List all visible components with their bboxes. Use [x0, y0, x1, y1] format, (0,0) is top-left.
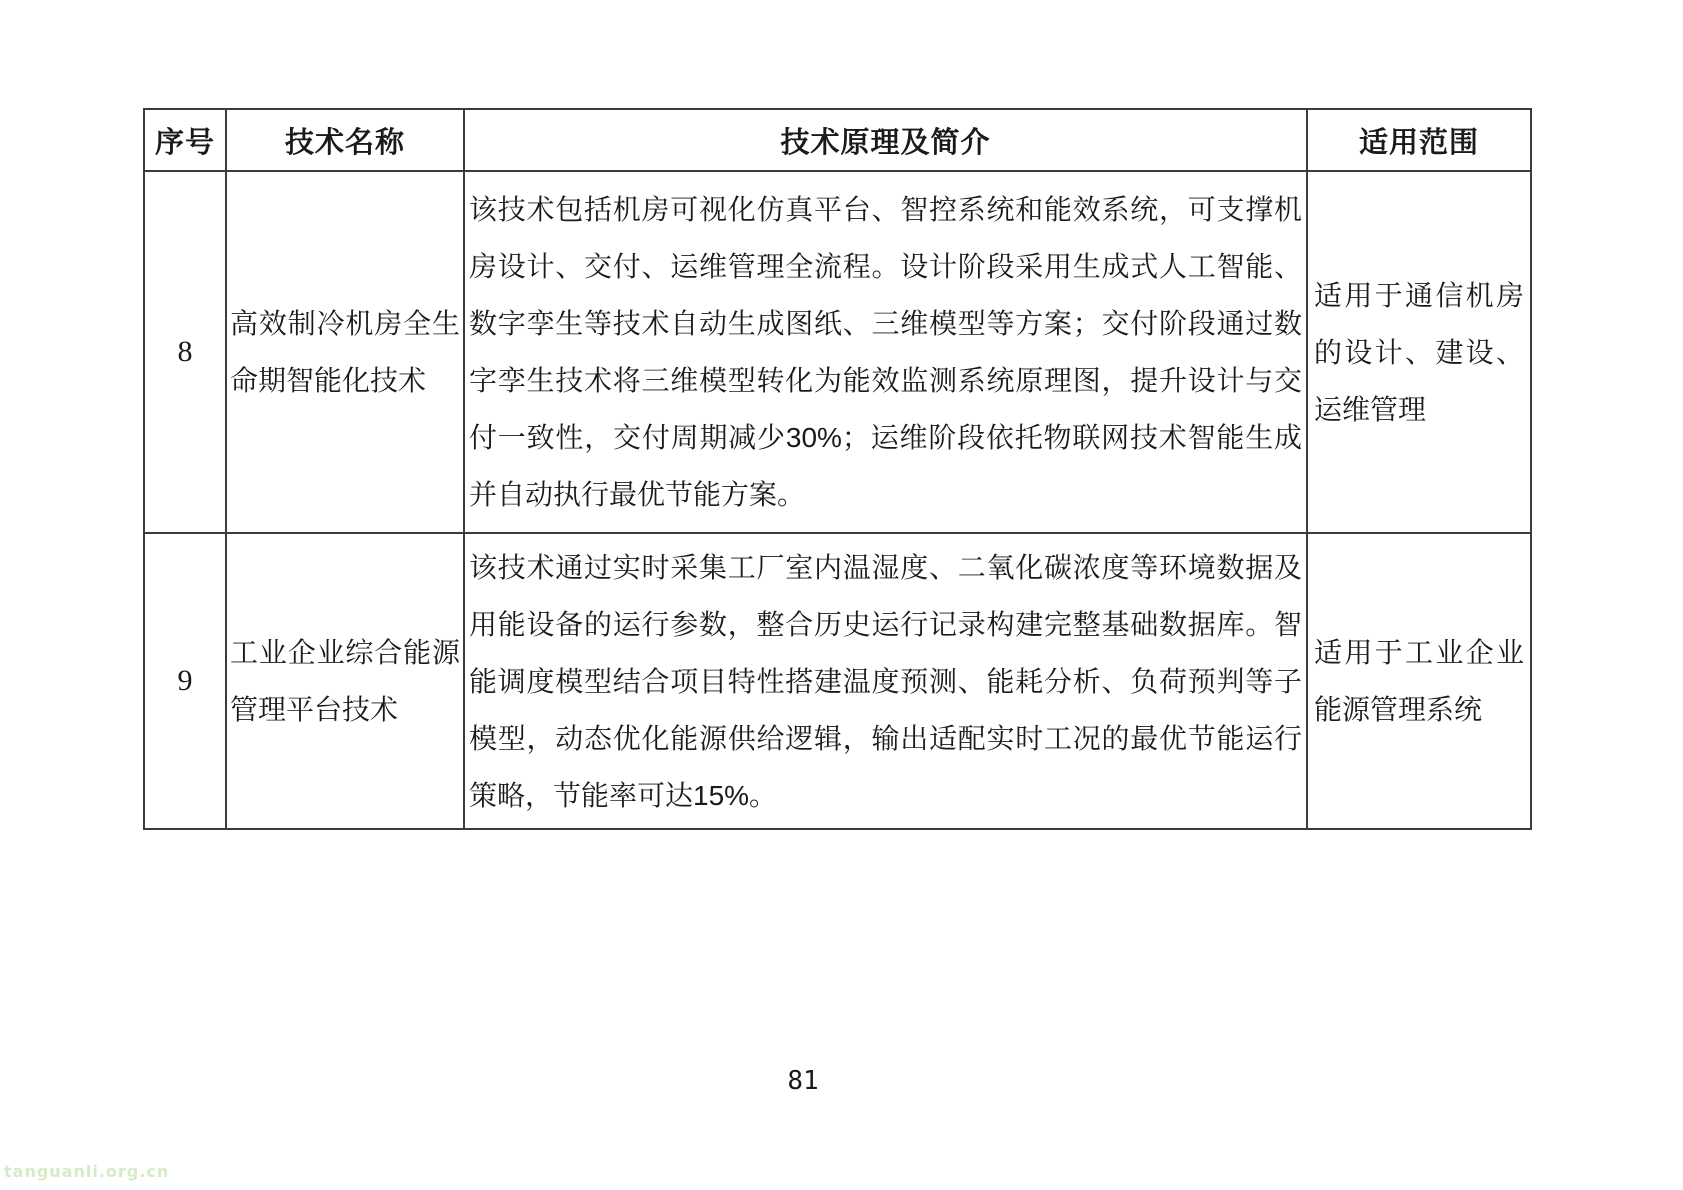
page-number: 81: [773, 1066, 833, 1096]
column-header-tech-name: 技术名称: [226, 109, 464, 171]
technology-table: 序号 技术名称 技术原理及简介 适用范围 8 高效制冷机房全生命期智能化技术 该…: [143, 108, 1532, 830]
watermark: tanguanli.org.cn: [4, 1162, 169, 1181]
column-header-scope: 适用范围: [1307, 109, 1531, 171]
serial-number: 8: [144, 171, 226, 533]
tech-scope: 适用于工业企业能源管理系统: [1307, 533, 1531, 829]
tech-description: 该技术包括机房可视化仿真平台、智控系统和能效系统，可支撑机房设计、交付、运维管理…: [464, 171, 1307, 533]
tech-name: 高效制冷机房全生命期智能化技术: [226, 171, 464, 533]
serial-number: 9: [144, 533, 226, 829]
tech-scope: 适用于通信机房的设计、建设、运维管理: [1307, 171, 1531, 533]
column-header-principle: 技术原理及简介: [464, 109, 1307, 171]
column-header-serial: 序号: [144, 109, 226, 171]
table-row: 8 高效制冷机房全生命期智能化技术 该技术包括机房可视化仿真平台、智控系统和能效…: [144, 171, 1531, 533]
table-row: 9 工业企业综合能源管理平台技术 该技术通过实时采集工厂室内温湿度、二氧化碳浓度…: [144, 533, 1531, 829]
header-row: 序号 技术名称 技术原理及简介 适用范围: [144, 109, 1531, 171]
tech-name: 工业企业综合能源管理平台技术: [226, 533, 464, 829]
tech-description: 该技术通过实时采集工厂室内温湿度、二氧化碳浓度等环境数据及用能设备的运行参数，整…: [464, 533, 1307, 829]
